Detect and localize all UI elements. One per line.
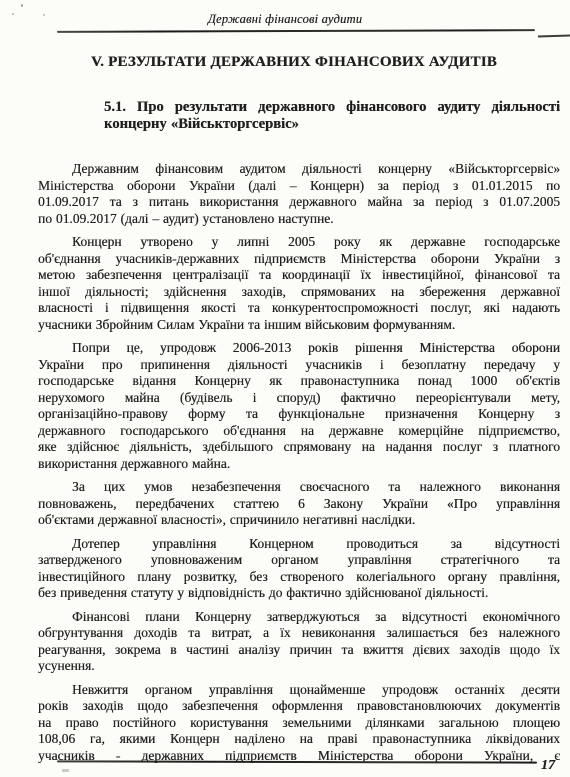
paragraph-line: без приведення статуту у відповідність д… xyxy=(38,585,560,602)
paragraph-line: років заходів щодо забезпечення оформлен… xyxy=(38,698,560,715)
section-title: V. РЕЗУЛЬТАТИ ДЕРЖАВНИХ ФІНАНСОВИХ АУДИТ… xyxy=(38,53,560,72)
paragraph-line: Міністерства оборони України (далі – Кон… xyxy=(38,178,560,195)
paragraph-line: державного господарського об'єднання на … xyxy=(38,423,560,440)
paragraph-line: Концерн утворено у липні 2005 року як де… xyxy=(38,234,560,251)
header-rule-dash xyxy=(538,34,570,37)
paragraph-line: використання державного майна. xyxy=(38,456,560,473)
paragraph-2: Концерн утворено у липні 2005 року як де… xyxy=(38,234,560,333)
subsection-title-line: 5.1. Про результати державного фінансово… xyxy=(104,99,560,116)
paragraph-line: інвестиційного плану розвитку, без створ… xyxy=(38,569,560,586)
paragraph-line: Попри це, упродовж 2006-2013 років рішен… xyxy=(38,340,560,357)
paragraph-3: Попри це, упродовж 2006-2013 років рішен… xyxy=(38,340,560,472)
paragraph-line: по 01.09.2017 (далі – аудит) установлено… xyxy=(38,211,560,228)
paragraph-line: 108,06 га, якими Концерн наділено на пра… xyxy=(38,731,560,748)
paragraph-line: учасники Збройним Силам України та іншим… xyxy=(38,317,560,334)
scan-speck xyxy=(62,769,69,772)
paragraph-line: яке здійснює діяльність, здебільшого спр… xyxy=(38,439,560,456)
paragraph-line: За цих умов незабезпечення своєчасного т… xyxy=(38,479,560,496)
running-header: Державні фінансові аудити xyxy=(0,12,570,27)
paragraph-5: Дотепер управління Концерном проводиться… xyxy=(38,536,560,602)
page-number: 17 xyxy=(541,758,555,774)
paragraph-line: України про припинення діяльності учасни… xyxy=(38,357,560,374)
paragraph-7: Невжиття органом управління щонайменше у… xyxy=(38,682,560,765)
body-text: Державним фінансовим аудитом діяльності … xyxy=(38,161,560,764)
paragraph-4: За цих умов незабезпечення своєчасного т… xyxy=(38,479,560,529)
document-page: Державні фінансові аудити V. РЕЗУЛЬТАТИ … xyxy=(0,0,570,777)
paragraph-line: об'єктами державної власності», спричини… xyxy=(38,512,560,529)
paragraph-line: Фінансові плани Концерну затверджуються … xyxy=(38,609,560,626)
scan-speck xyxy=(21,4,23,7)
paragraph-line: метою забезпечення централізації та коор… xyxy=(38,267,560,284)
paragraph-line: господарське відання Концерну як правона… xyxy=(38,373,560,390)
paragraph-line: на право постійного користування земельн… xyxy=(38,715,560,732)
paragraph-1: Державним фінансовим аудитом діяльності … xyxy=(38,161,560,227)
header-rule xyxy=(57,29,535,33)
paragraph-line: затвердженого уповноваженим органом упра… xyxy=(38,552,560,569)
paragraph-6: Фінансові плани Концерну затверджуються … xyxy=(38,609,560,675)
paragraph-line: Державним фінансовим аудитом діяльності … xyxy=(38,161,560,178)
paragraph-line: реагування, зокрема в частині аналізу пр… xyxy=(38,642,560,659)
page-content: V. РЕЗУЛЬТАТИ ДЕРЖАВНИХ ФІНАНСОВИХ АУДИТ… xyxy=(38,53,560,764)
paragraph-line: Дотепер управління Концерном проводиться… xyxy=(38,536,560,553)
paragraph-line: об'єднання учасників-державних підприємс… xyxy=(38,251,560,268)
paragraph-line: іншої діяльності; здійснення заходів, сп… xyxy=(38,284,560,301)
paragraph-line: повноважень, передбачених статтею 6 Зако… xyxy=(38,496,560,513)
paragraph-line: нерухомого майна (будівель і споруд) фак… xyxy=(38,390,560,407)
subsection-title-line: концерну «Військторгсервіс» xyxy=(104,116,560,133)
paragraph-line: власності і підвищення якості та конкуре… xyxy=(38,300,560,317)
subsection-title: 5.1. Про результати державного фінансово… xyxy=(104,99,560,132)
paragraph-line: обгрунтування доходів та витрат, а їх не… xyxy=(38,625,560,642)
paragraph-line: усунення. xyxy=(38,658,560,675)
paragraph-line: організаційно-правову форму та функціона… xyxy=(38,406,560,423)
paragraph-line: Невжиття органом управління щонайменше у… xyxy=(38,682,560,699)
paragraph-line: 01.09.2017 та з питань використання держ… xyxy=(38,194,560,211)
